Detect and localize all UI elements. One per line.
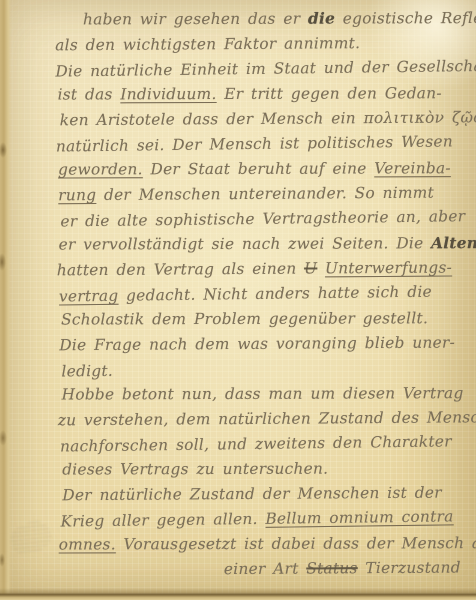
manuscript-lines: haben wir gesehen das er die egoistische…	[0, 0, 476, 600]
text-segment: Bellum omnium contra	[265, 507, 453, 527]
manuscript-line: omnes. Vorausgesetzt ist dabei dass der …	[59, 531, 474, 557]
text-segment: vertrag	[59, 287, 119, 306]
manuscript-line: Hobbe betont nun, dass man um diesen Ver…	[62, 381, 473, 407]
text-segment: geworden.	[58, 160, 143, 178]
text-segment: Tierzustand	[358, 558, 461, 577]
text-segment: Krieg aller gegen allen.	[60, 510, 265, 531]
text-segment: Die natürliche Einheit im Staat und der …	[55, 57, 476, 81]
text-segment: nachforschen soll, und zweitens den Char…	[60, 432, 452, 455]
text-segment: Vereinba-	[374, 159, 451, 177]
manuscript-line: Scholastik dem Problem gegenüber gestell…	[61, 306, 472, 332]
text-segment: ist das	[58, 85, 121, 103]
text-segment: einer Art	[224, 560, 307, 579]
text-segment: der Menschen untereinander. So nimmt	[96, 184, 434, 204]
manuscript-line: natürlich sei. Der Mensch ist politische…	[56, 129, 471, 159]
text-segment: Der natürliche Zustand der Menschen ist …	[62, 484, 442, 505]
text-segment: Status	[306, 559, 358, 577]
text-segment: Die Frage nach dem was voranging blieb u…	[59, 333, 455, 354]
text-segment: egoistische Reflexion	[335, 9, 476, 28]
text-segment: er die alte sophistische Vertragstheorie…	[60, 207, 465, 230]
text-segment: als den wichtigsten Faktor annimmt.	[55, 34, 360, 54]
text-segment: er vervollständigt sie nach zwei Seiten.…	[59, 234, 432, 253]
text-segment: Unterwerfungs-	[325, 259, 452, 278]
text-segment: hatten den Vertrag als einen	[57, 260, 304, 280]
manuscript-line: Die natürliche Einheit im Staat und der …	[55, 54, 470, 84]
text-segment: Er tritt gegen den Gedan-	[217, 84, 442, 103]
manuscript-line: vertrag gedacht. Nicht anders hatte sich…	[59, 279, 472, 309]
text-segment: gedacht. Nicht anders hatte sich die	[118, 283, 432, 305]
manuscript-line: einer Art Status Tierzustand	[224, 555, 474, 582]
manuscript-page: haben wir gesehen das er die egoistische…	[0, 0, 476, 600]
text-segment: omnes.	[59, 535, 116, 553]
manuscript-line: geworden. Der Staat beruht auf eine Vere…	[58, 156, 471, 182]
text-segment: U	[304, 259, 317, 277]
text-segment: die	[308, 10, 335, 28]
text-segment: Alten	[431, 234, 476, 252]
manuscript-line: ist das Individuum. Er tritt gegen den G…	[58, 81, 471, 107]
manuscript-line: er die alte sophistische Vertragstheorie…	[60, 204, 471, 234]
text-segment: dieses Vertrags zu untersuchen.	[62, 460, 328, 479]
text-segment: Scholastik dem Problem gegenüber gestell…	[61, 309, 428, 328]
text-segment: Hobbe betont nun, dass man um diesen Ver…	[62, 384, 464, 403]
text-segment: ken Aristotele dass der Mensch ein πολιτ…	[60, 108, 476, 129]
text-segment: Vorausgesetzt ist dabei dass der Mensch …	[116, 534, 476, 553]
text-segment: Individuum.	[120, 85, 216, 103]
text-segment: haben wir gesehen das er	[83, 10, 308, 29]
manuscript-line: er vervollständigt sie nach zwei Seiten.…	[59, 231, 472, 257]
manuscript-line: Krieg aller gegen allen. Bellum omnium c…	[60, 504, 473, 534]
text-segment: Der Staat beruht auf eine	[143, 159, 374, 178]
text-segment: ledigt.	[61, 362, 113, 381]
text-segment: rung	[58, 186, 96, 204]
manuscript-line: ledigt.	[61, 354, 472, 384]
text-segment: natürlich sei. Der Mensch ist politische…	[56, 132, 453, 155]
text-segment: zu verstehen, dem natürlichen Zustand de…	[58, 408, 476, 429]
manuscript-line: nachforschen soll, und zweitens den Char…	[60, 429, 473, 459]
manuscript-line: dieses Vertrags zu untersuchen.	[62, 456, 473, 482]
manuscript-line: haben wir gesehen das er die egoistische…	[83, 6, 470, 32]
